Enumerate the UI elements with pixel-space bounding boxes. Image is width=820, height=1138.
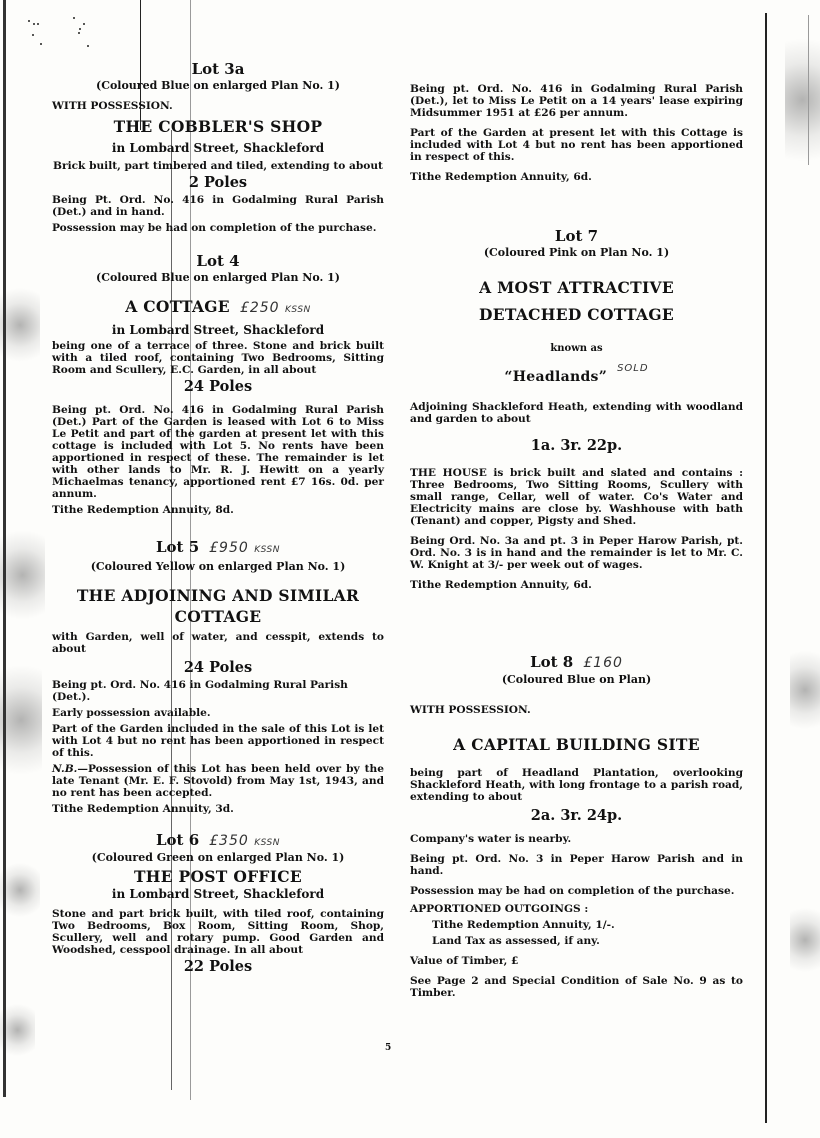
plan-reference: (Coloured Yellow on enlarged Plan No. 1) xyxy=(52,561,384,573)
tithe-note: Tithe Redemption Annuity, 3d. xyxy=(52,803,384,815)
property-heading-row: A COTTAGE£250 KSSN xyxy=(52,296,384,321)
handwritten-price: £350 KSSN xyxy=(209,833,280,849)
lot-title: Lot 4 xyxy=(52,252,384,270)
property-heading-line1: A MOST ATTRACTIVE xyxy=(410,277,743,298)
early-possession-note: Early possession available. xyxy=(52,707,384,719)
scan-shadow xyxy=(0,650,42,790)
plan-reference: (Coloured Blue on enlarged Plan No. 1) xyxy=(52,272,384,284)
plan-reference: (Coloured Blue on enlarged Plan No. 1) xyxy=(52,80,384,92)
property-location: in Lombard Street, Shackleford xyxy=(52,141,384,156)
possession-note: WITH POSSESSION. xyxy=(52,100,384,112)
property-area: 2 Poles xyxy=(52,174,384,192)
property-heading-line2: DETACHED COTTAGE xyxy=(410,304,743,325)
column-edge-line xyxy=(765,13,767,1123)
property-name: “Headlands” xyxy=(504,369,607,385)
lot-title: Lot 6 xyxy=(156,831,199,849)
handwritten-price: £160 xyxy=(583,655,623,671)
timber-note: See Page 2 and Special Condition of Sale… xyxy=(410,975,743,999)
property-location: in Lombard Street, Shackleford xyxy=(52,887,384,902)
lot-4: Lot 4 (Coloured Blue on enlarged Plan No… xyxy=(52,252,384,516)
scan-shadow xyxy=(0,280,40,370)
lease-details: Being pt. Ord. No. 416 in Godalming Rura… xyxy=(410,83,743,119)
property-description: Brick built, part timbered and tiled, ex… xyxy=(52,160,384,172)
left-column: Lot 3a (Coloured Blue on enlarged Plan N… xyxy=(52,58,384,976)
lot-title: Lot 7 xyxy=(410,227,743,245)
property-location: in Lombard Street, Shackleford xyxy=(52,323,384,338)
tithe-note: Tithe Redemption Annuity, 6d. xyxy=(410,579,743,591)
garden-note: Part of the Garden at present let with t… xyxy=(410,127,743,163)
handwritten-price: £250 KSSN xyxy=(240,300,311,316)
property-area: 24 Poles xyxy=(52,659,384,677)
scan-shadow xyxy=(0,860,40,920)
lot-8: Lot 8£160 (Coloured Blue on Plan) WITH P… xyxy=(410,653,743,999)
property-heading-line2: COTTAGE xyxy=(52,606,384,627)
property-heading: A CAPITAL BUILDING SITE xyxy=(410,734,743,755)
lot-7: Lot 7 (Coloured Pink on Plan No. 1) A MO… xyxy=(410,227,743,591)
property-description: Adjoining Shackleford Heath, extending w… xyxy=(410,401,743,425)
possession-note: WITH POSSESSION. xyxy=(410,704,743,716)
page-number: 5 xyxy=(385,1043,391,1053)
lot-title-row: Lot 5£950 KSSN xyxy=(52,538,384,559)
handwritten-price: £950 KSSN xyxy=(209,540,280,556)
scan-shadow xyxy=(790,640,820,740)
property-description: with Garden, well of water, and cesspit,… xyxy=(52,631,384,655)
lot-title-row: Lot 8£160 xyxy=(410,653,743,672)
scan-shadow xyxy=(785,20,820,180)
property-heading-line1: THE ADJOINING AND SIMILAR xyxy=(52,585,384,606)
lot-6: Lot 6£350 KSSN (Coloured Green on enlarg… xyxy=(52,831,384,976)
tithe-note: Tithe Redemption Annuity, 8d. xyxy=(52,504,384,516)
lot-5: Lot 5£950 KSSN (Coloured Yellow on enlar… xyxy=(52,538,384,815)
property-area: 22 Poles xyxy=(52,958,384,976)
lot-6-continued: Being pt. Ord. No. 416 in Godalming Rura… xyxy=(410,83,743,183)
lot-3a: Lot 3a (Coloured Blue on enlarged Plan N… xyxy=(52,60,384,234)
known-as-label: known as xyxy=(410,343,743,355)
ordnance-reference: Being Pt. Ord. No. 416 in Godalming Rura… xyxy=(52,194,384,218)
completion-note: Possession may be had on completion of t… xyxy=(52,222,384,234)
tithe-note: Tithe Redemption Annuity, 6d. xyxy=(410,171,743,183)
scan-shadow xyxy=(0,520,45,630)
property-description: being one of a terrace of three. Stone a… xyxy=(52,340,384,376)
ordnance-reference: Being Ord. No. 3a and pt. 3 in Peper Har… xyxy=(410,535,743,571)
completion-note: Possession may be had on completion of t… xyxy=(410,885,743,897)
ordnance-reference: Being pt. Ord. No. 416 in Godalming Rura… xyxy=(52,679,384,703)
nb-note: N.B.—Possession of this Lot has been hel… xyxy=(52,763,384,799)
plan-reference: (Coloured Pink on Plan No. 1) xyxy=(410,247,743,259)
property-heading: A COTTAGE xyxy=(125,297,230,316)
outgoing-tithe: Tithe Redemption Annuity, 1/-. xyxy=(410,919,743,931)
binding-line xyxy=(3,0,6,1097)
plan-reference: (Coloured Blue on Plan) xyxy=(410,674,743,686)
handwritten-sold-note: SOLD xyxy=(617,363,649,374)
house-description: THE HOUSE is brick built and slated and … xyxy=(410,467,743,527)
property-heading: THE POST OFFICE xyxy=(52,866,384,887)
lot-title: Lot 3a xyxy=(52,60,384,78)
tenancy-details: Being pt. Ord. No. 416 in Godalming Rura… xyxy=(52,404,384,500)
lot-title-row: Lot 6£350 KSSN xyxy=(52,831,384,852)
timber-value: Value of Timber, £ xyxy=(410,955,743,967)
edge-line xyxy=(808,15,809,165)
property-name-row: “Headlands”SOLD xyxy=(410,367,743,389)
property-description: Stone and part brick built, with tiled r… xyxy=(52,908,384,956)
outgoing-land-tax: Land Tax as assessed, if any. xyxy=(410,935,743,947)
property-description: being part of Headland Plantation, overl… xyxy=(410,767,743,803)
outgoings-label: APPORTIONED OUTGOINGS : xyxy=(410,903,743,915)
property-heading: THE COBBLER'S SHOP xyxy=(52,116,384,137)
scan-shadow xyxy=(790,900,820,980)
lot-title: Lot 8 xyxy=(530,653,573,671)
water-note: Company's water is nearby. xyxy=(410,833,743,845)
ordnance-reference: Being pt. Ord. No. 3 in Peper Harow Pari… xyxy=(410,853,743,877)
lot-title: Lot 5 xyxy=(156,538,199,556)
property-area: 24 Poles xyxy=(52,378,384,396)
property-area: 1a. 3r. 22p. xyxy=(410,437,743,455)
plan-reference: (Coloured Green on enlarged Plan No. 1) xyxy=(52,852,384,864)
garden-note: Part of the Garden included in the sale … xyxy=(52,723,384,759)
right-column: Being pt. Ord. No. 416 in Godalming Rura… xyxy=(410,83,743,999)
property-area: 2a. 3r. 24p. xyxy=(410,807,743,825)
